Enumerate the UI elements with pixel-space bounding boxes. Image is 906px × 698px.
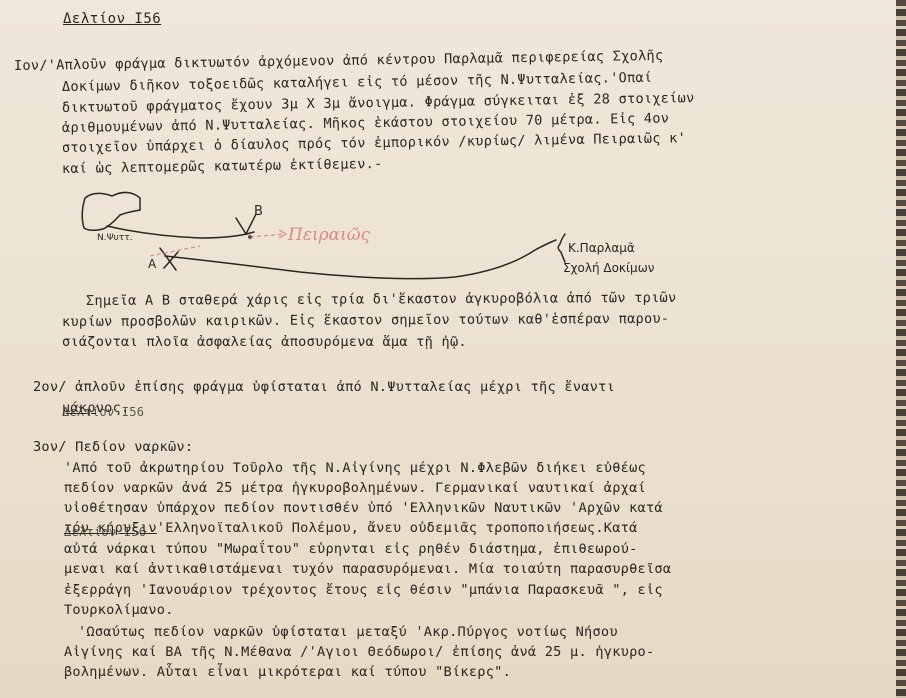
points-note-line: σιάζονται πλοῖα ἀσφαλείας ἀποσυρόμενα ἅμ… xyxy=(62,336,467,350)
stamp-overlay: Δελτίον Ι56 xyxy=(64,526,146,538)
points-note-line: κυρίων προσβολῶν καιρικῶν. Εἰς ἕκαστον σ… xyxy=(62,313,669,330)
barrier-line-a-to-parlama xyxy=(165,240,556,279)
section3-line: μεναι καί ἀντικαθιστάμεναι τυχόν παρασυρ… xyxy=(64,563,671,577)
section2-line2: μάκρΔελτίον Ι56νος. xyxy=(62,402,130,416)
overtyped-word: μάκρΔελτίον Ι56 xyxy=(62,400,96,416)
island-outline xyxy=(82,192,140,230)
section3-para2-line: Αἰγίνης καί ΒΑ τῆς Ν.Μέθανα /'Αγιοι Θεόδ… xyxy=(64,646,654,660)
points-note-line: Σημεῖα Α Β σταθερά χάρις εἰς τρία δι'ἕκα… xyxy=(86,292,676,309)
page-edge-bleedthrough xyxy=(896,0,906,698)
parlama-label: Κ.Παρλαμᾶ xyxy=(568,241,635,255)
point-b-label: Β xyxy=(254,204,263,219)
section3-line: ἐξερράγη 'Ιανουάριον τρέχοντος ἔτους εἰς… xyxy=(64,584,663,598)
red-pencil-note: Πειραιῶς xyxy=(287,225,371,245)
section3-line: Τουρκολίμανο. xyxy=(64,604,174,618)
section3-line: πεδίον ναρκῶν ἀνά 25 μέτρα ἠγκυροβολημέν… xyxy=(64,482,646,496)
section3-para2-line: 'Ωσαύτως πεδίον ναρκῶν ὑφίσταται μεταξύ … xyxy=(78,626,618,640)
section3-heading: 3ον/ Πεδίον ναρκῶν: xyxy=(33,441,193,455)
section2-line: 2ον/ ἀπλοῦν ἐπίσης φράγμα ὑφίσταται ἀπό … xyxy=(33,381,615,395)
point-a-label: Α xyxy=(148,257,157,271)
document-page: Δελτίον Ι56 Ιον/'Απλοῦν φράγμα δικτυωτόν… xyxy=(0,0,906,698)
section3-line4: τόν κήρυξινΔελτίον Ι56'Ελληνοϊταλικοῦ Πο… xyxy=(64,522,638,536)
section3-para2-line: βολημένων. Αὗται εἶναι μικρότεραι καί τύ… xyxy=(64,666,511,680)
school-label: Σχολή Δοκίμων xyxy=(563,261,655,275)
section3-line: αὐτά νάρκαι τύπου "Μωραΐτου" εὑρηνται εἰ… xyxy=(64,543,638,557)
stamp-overlay: Δελτίον Ι56 xyxy=(62,406,144,418)
section3-line: υἱοθέτησαν ὑπάρχον πεδίον ποντισθέν ὑπό … xyxy=(64,502,663,516)
island-label: Ν.Ψυττ. xyxy=(97,233,133,243)
section3-line: 'Από τοῦ ἀκρωτηρίου Τοῦρλο τῆς Ν.Αἰγίνης… xyxy=(64,462,646,476)
struck-text: τόν κήρυξινΔελτίον Ι56 xyxy=(64,520,157,536)
